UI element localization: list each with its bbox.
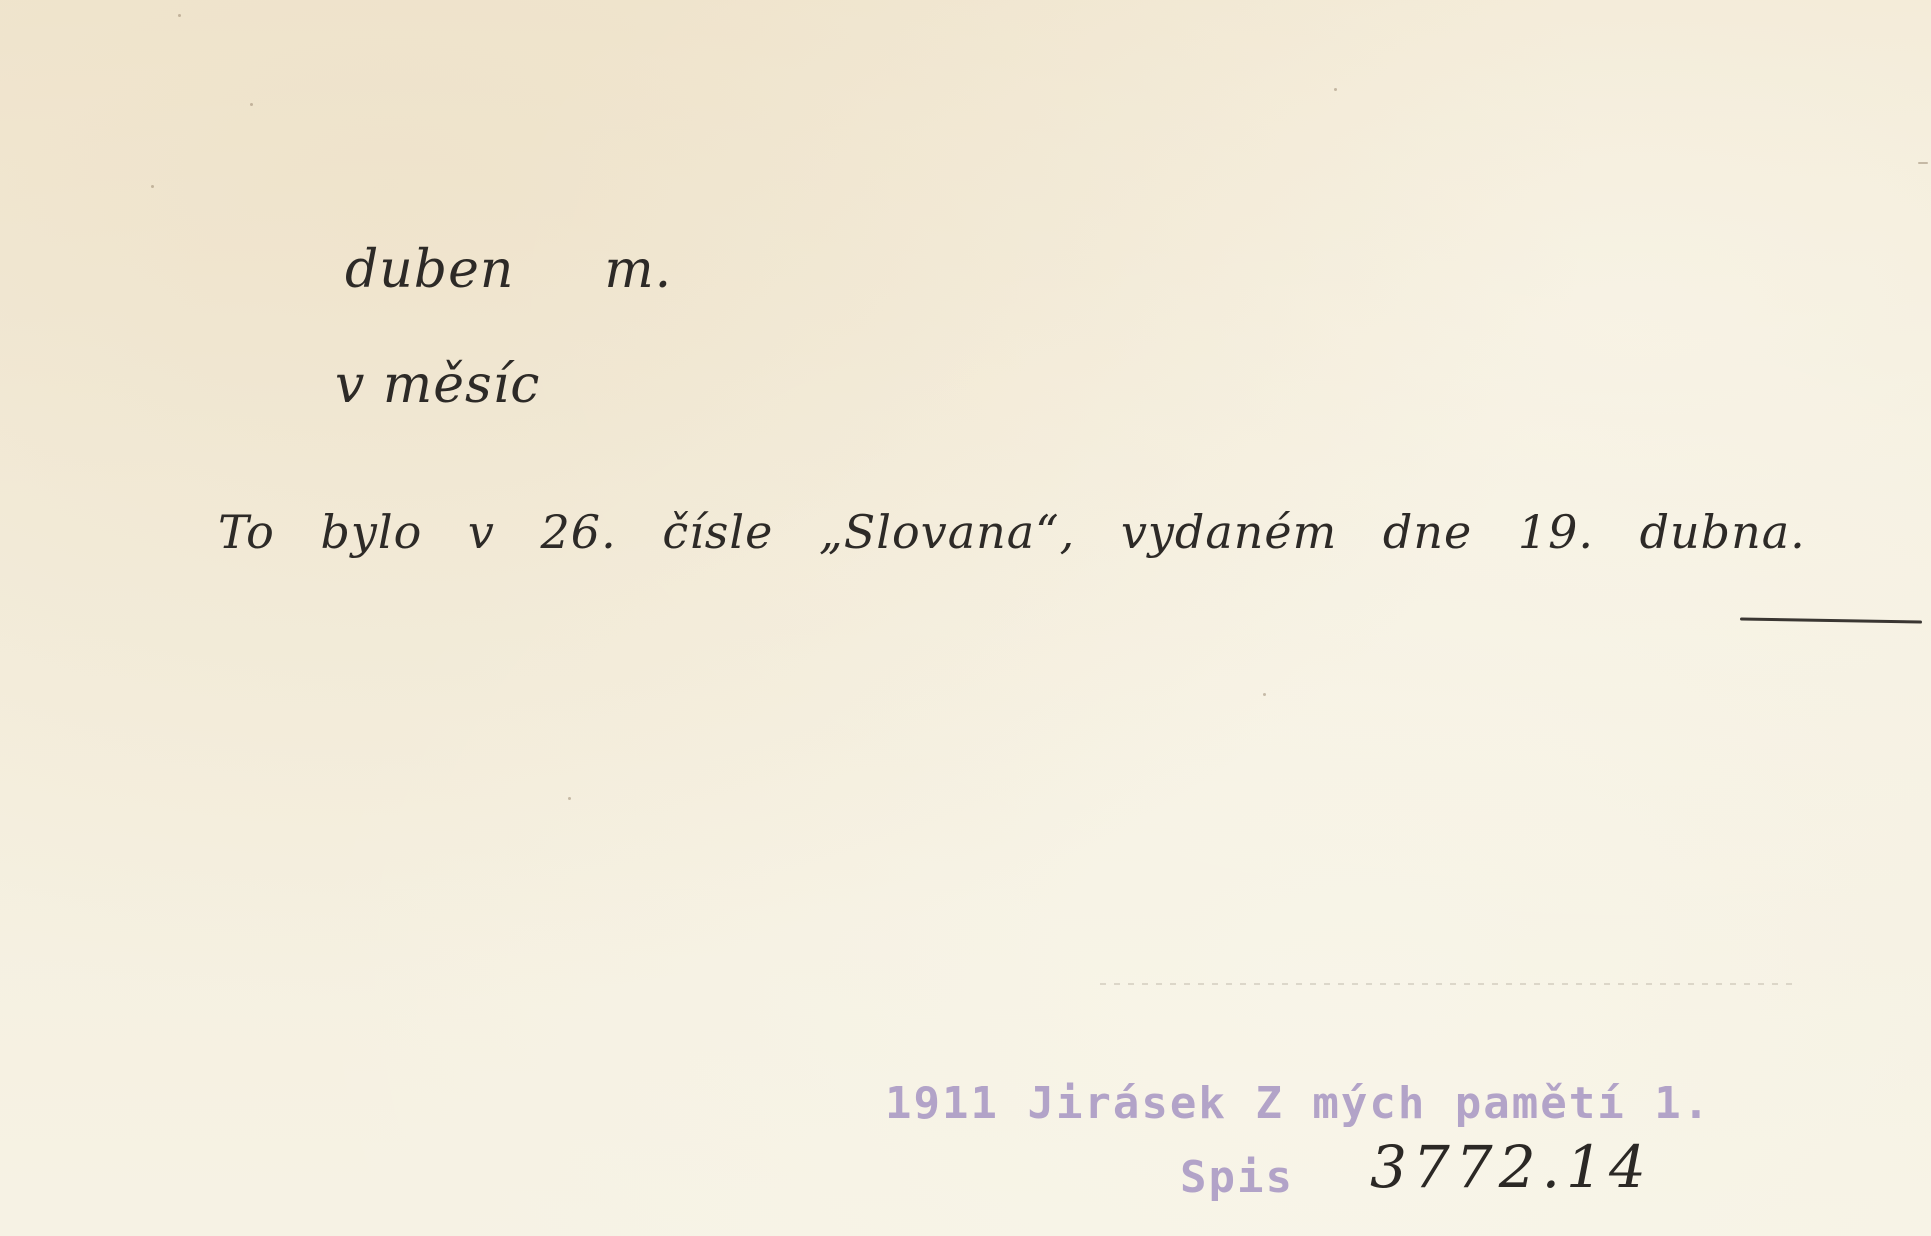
handwritten-word: 26. <box>541 505 617 559</box>
paper-speck <box>178 14 181 17</box>
handwritten-word: v <box>468 505 495 559</box>
stamp-source-line: 1911 Jirásek Z mých pamětí 1. <box>885 1078 1711 1129</box>
paper-speck <box>151 185 154 188</box>
handwritten-word: čísle <box>662 505 773 559</box>
paper-speck <box>250 103 253 106</box>
handwritten-line-2: v měsíc <box>335 355 540 415</box>
handwritten-word-abbrev: m. <box>604 240 672 300</box>
handwritten-word: To <box>218 505 275 559</box>
handwritten-word: 19. <box>1518 505 1594 559</box>
faint-ghost-rule <box>1100 983 1800 985</box>
stamp-spis-label: Spis <box>1180 1152 1294 1203</box>
paper-speck <box>1263 693 1266 696</box>
handwritten-line-3: To bylo v 26. čísle „Slovana“, vydaném d… <box>218 505 1806 559</box>
handwritten-word: vydaném <box>1121 505 1337 559</box>
handwritten-call-number: 3772.14 <box>1370 1133 1652 1201</box>
handwritten-word: dne <box>1383 505 1472 559</box>
handwritten-line-1: dubenm. <box>345 240 672 300</box>
handwritten-word: „Slovana“, <box>819 505 1075 559</box>
closing-underline-stroke <box>1740 617 1922 623</box>
paper-speck <box>1334 88 1337 91</box>
index-card: dubenm. v měsíc To bylo v 26. čísle „Slo… <box>0 0 1931 1236</box>
paper-speck <box>568 797 571 800</box>
handwritten-word: bylo <box>320 505 422 559</box>
paper-speck <box>1918 162 1928 164</box>
handwritten-word-duben: duben <box>345 240 514 300</box>
handwritten-word: dubna. <box>1640 505 1806 559</box>
